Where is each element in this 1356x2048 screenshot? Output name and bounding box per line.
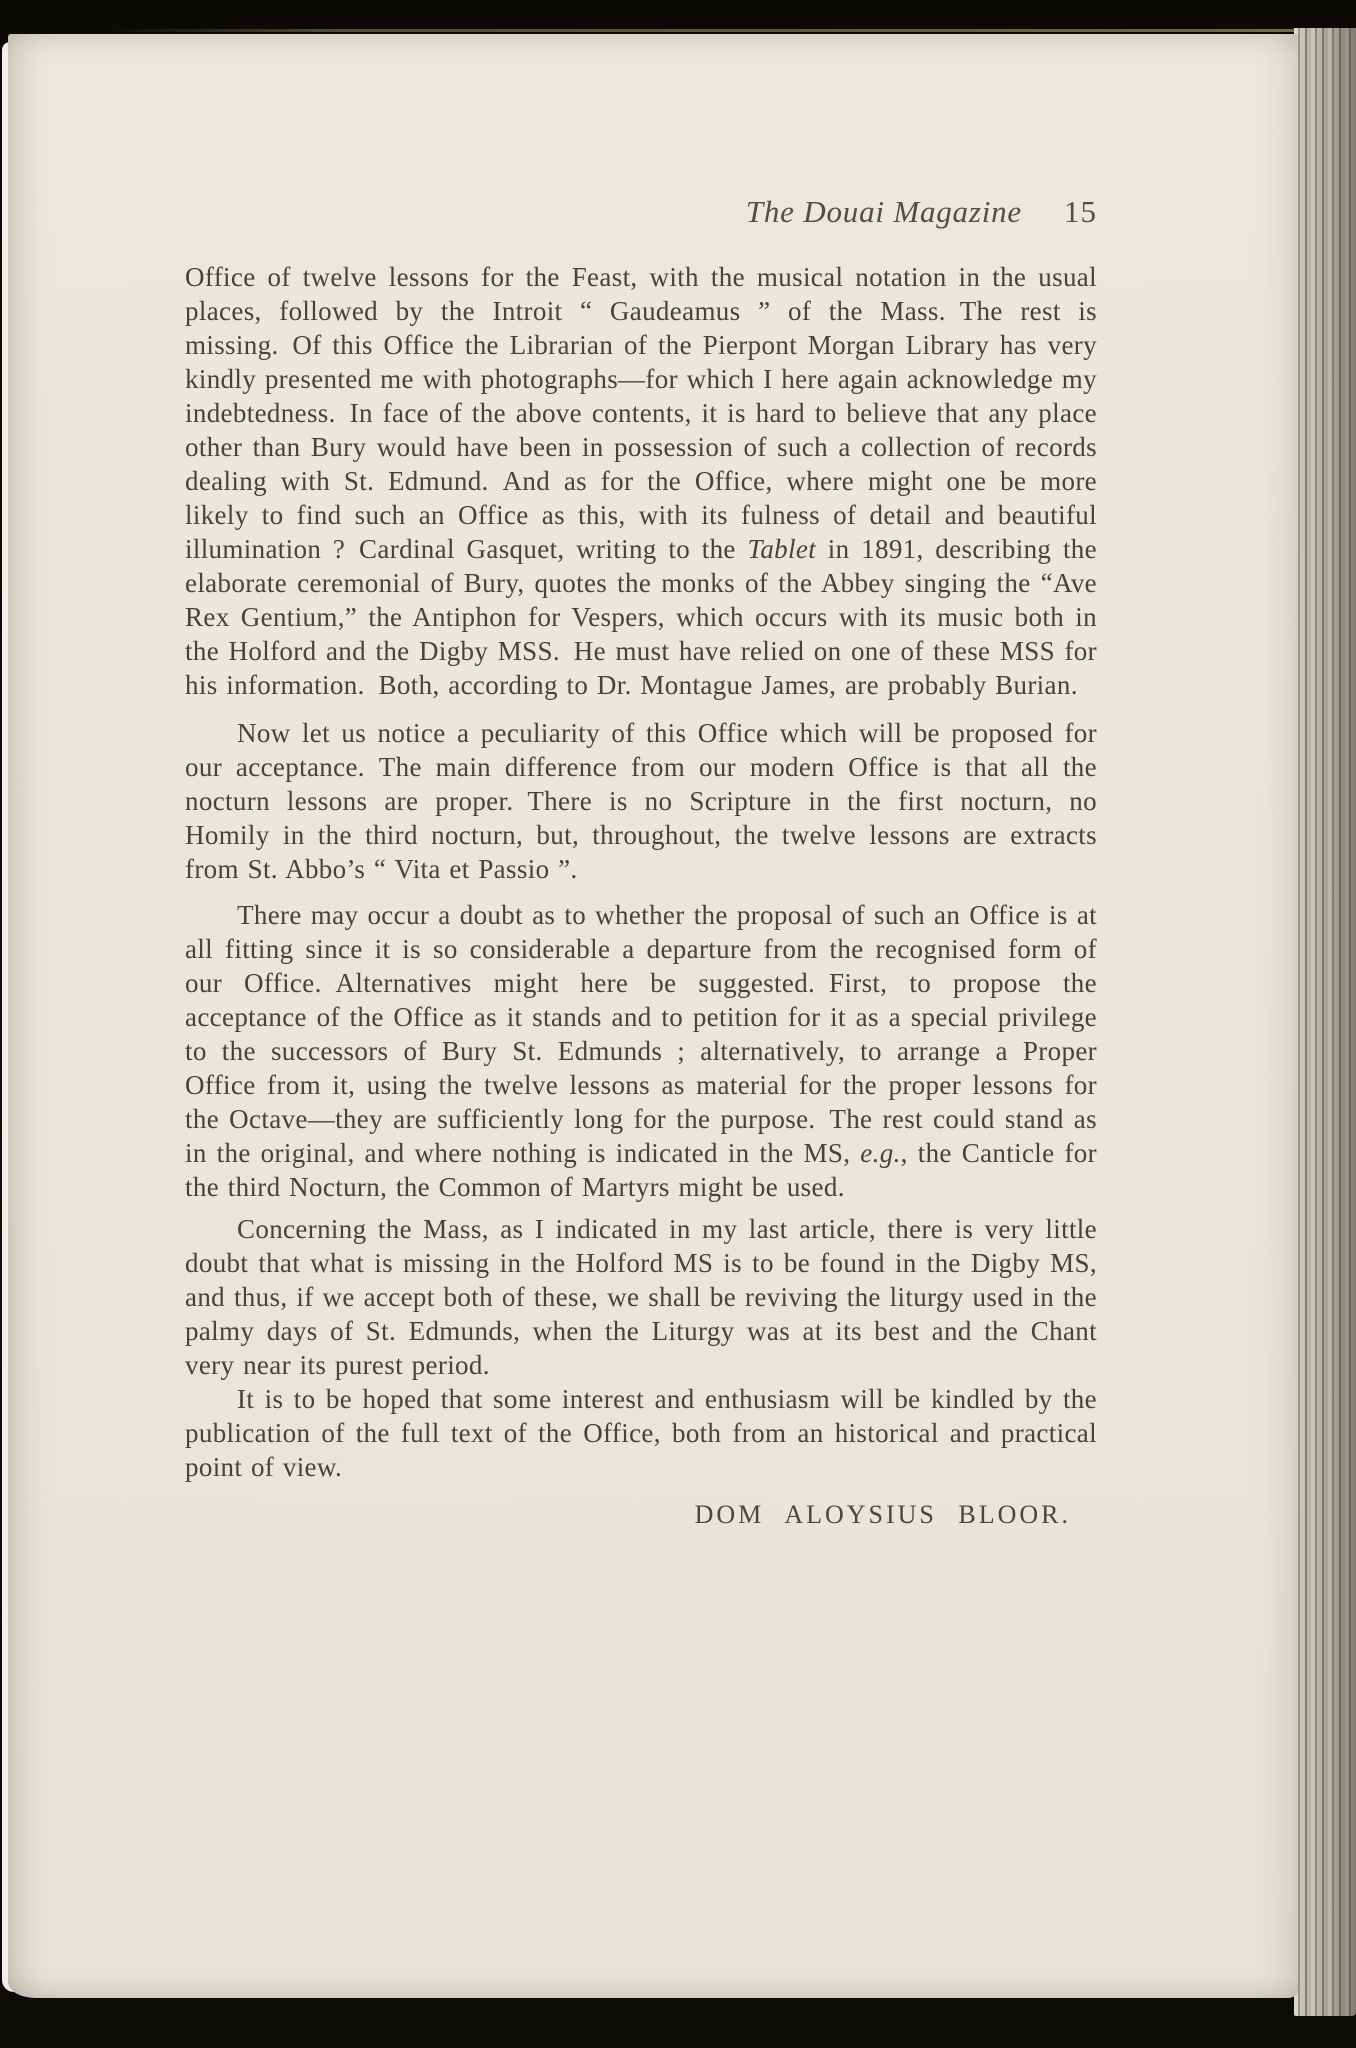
text-run: Now let us notice a peculiarity of this … — [185, 718, 1097, 884]
text-run: Concerning the Mass, as I indicated in m… — [185, 1214, 1097, 1380]
running-header: The Douai Magazine15 — [185, 194, 1097, 230]
text-run: It is to be hoped that some interest and… — [185, 1384, 1097, 1482]
paragraph: Concerning the Mass, as I indicated in m… — [185, 1212, 1097, 1382]
page-number: 15 — [1064, 194, 1097, 229]
right-page-stack — [1294, 28, 1356, 2016]
text-run: There may occur a doubt as to whether th… — [185, 900, 1097, 1168]
paragraph: Office of twelve lessons for the Feast, … — [185, 260, 1097, 702]
author-signature: DOM ALOYSIUS BLOOR. — [185, 1498, 1097, 1532]
text-run: Office of twelve lessons for the Feast, … — [185, 262, 1097, 564]
article-body: Office of twelve lessons for the Feast, … — [185, 260, 1097, 1532]
magazine-page: The Douai Magazine15 Office of twelve le… — [8, 34, 1298, 1998]
paragraph: It is to be hoped that some interest and… — [185, 1382, 1097, 1484]
book-scan: The Douai Magazine15 Office of twelve le… — [0, 0, 1356, 2048]
book-board-edge — [110, 29, 1356, 32]
journal-title: The Douai Magazine — [746, 194, 1022, 229]
italic-text-run: Tablet — [747, 534, 816, 564]
paragraph: There may occur a doubt as to whether th… — [185, 898, 1097, 1204]
italic-text-run: e.g. — [860, 1138, 900, 1168]
paragraph: Now let us notice a peculiarity of this … — [185, 716, 1097, 886]
